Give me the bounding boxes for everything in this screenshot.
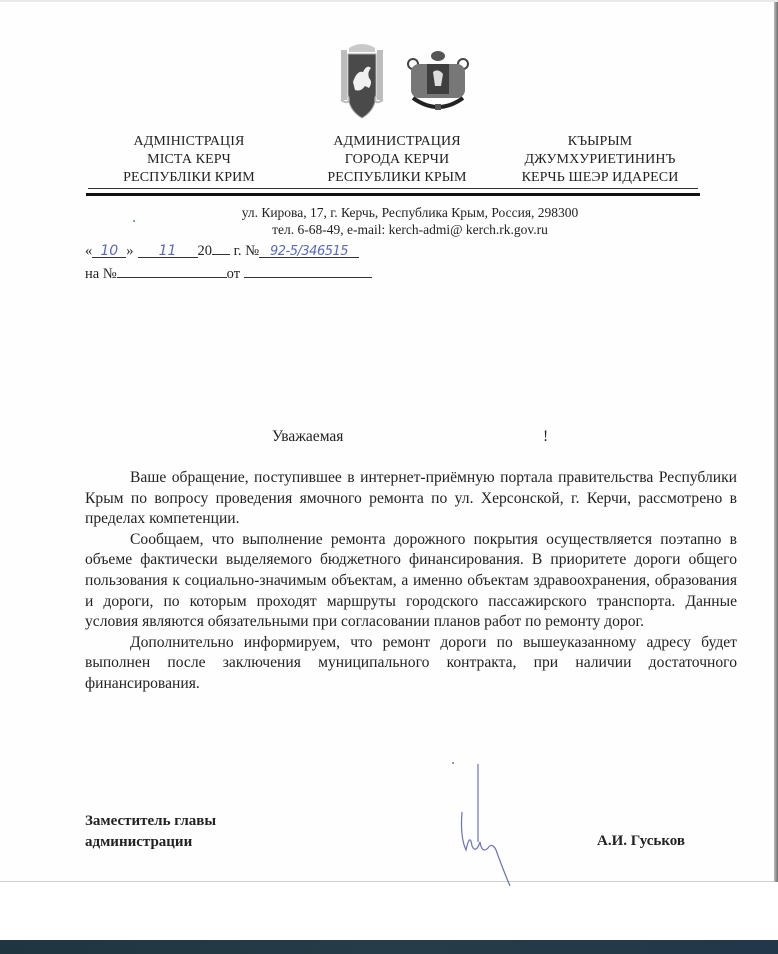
year-field	[212, 239, 230, 255]
ref-number-field	[117, 262, 227, 278]
org-name-ukrainian: АДМІНІСТРАЦІЯ МІСТА КЕРЧ РЕСПУБЛІКИ КРИМ	[89, 133, 289, 187]
signatory-name: А.И. Гуськов	[597, 833, 685, 850]
paragraph: Ваше обращение, поступившее в интернет-п…	[85, 468, 737, 530]
ref-date-field	[244, 262, 372, 278]
document-number-field: 92-5/346515	[259, 242, 359, 258]
org-name-russian: АДМИНИСТРАЦИЯ ГОРОДА КЕРЧИ РЕСПУБЛИКИ КР…	[297, 133, 497, 187]
paragraph: Дополнительно информируем, что ремонт до…	[85, 633, 737, 695]
day-field: 10	[92, 242, 126, 258]
paragraph: Сообщаем, что выполнение ремонта дорожно…	[85, 530, 737, 633]
header-divider-thick	[86, 193, 700, 196]
letter-body: Ваше обращение, поступившее в интернет-п…	[85, 468, 737, 695]
salutation: Уважаемая	[272, 428, 343, 446]
address-block: ул. Кирова, 17, г. Керчь, Республика Кры…	[80, 204, 740, 238]
incoming-reference: на №от	[85, 262, 372, 283]
crimea-coat-of-arms-icon	[339, 42, 385, 120]
kerch-coat-of-arms-icon	[405, 50, 471, 116]
page-right-edge	[774, 2, 778, 882]
scan-speck	[133, 220, 135, 222]
address-line: ул. Кирова, 17, г. Керчь, Республика Кры…	[80, 204, 740, 221]
bottom-bar	[0, 940, 778, 954]
org-name-crimean-tatar: КЪЫРЫМ ДЖУМХУРИЕТИНИНЪ КЕРЧЬ ШЕЭР ИДАРЕС…	[500, 133, 700, 187]
signatory-title: Заместитель главы администрации	[85, 811, 216, 853]
emblems	[337, 42, 477, 122]
handwritten-signature-icon	[452, 762, 522, 887]
outgoing-date-number: «10»1120 г. №92-5/346515	[85, 239, 359, 260]
letter-page: АДМІНІСТРАЦІЯ МІСТА КЕРЧ РЕСПУБЛІКИ КРИМ…	[0, 2, 776, 882]
salutation-end: !	[543, 428, 548, 446]
month-field: 11	[138, 242, 198, 258]
header-divider-thin	[88, 188, 698, 189]
contact-line: тел. 6-68-49, e-mail: kerch-admi@ kerch.…	[80, 221, 740, 238]
